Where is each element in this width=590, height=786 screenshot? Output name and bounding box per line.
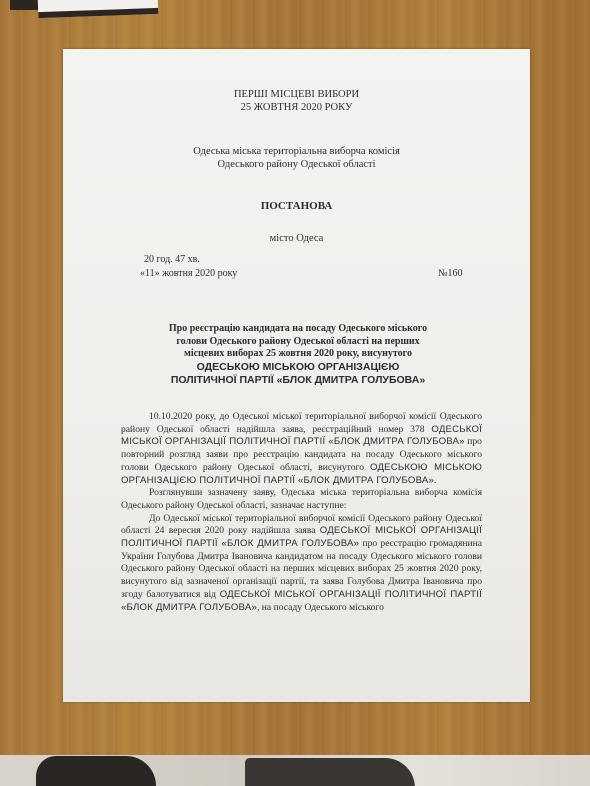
paragraph-1: 10.10.2020 року, до Одеської міської тер…: [121, 411, 482, 487]
document-title: ПОСТАНОВА: [63, 200, 530, 213]
elections-line-2: 25 ЖОВТНЯ 2020 РОКУ: [63, 101, 530, 114]
chair-left: [36, 756, 156, 786]
paragraph-text: , на посаду Одеського міського: [257, 602, 384, 613]
chair-right: [245, 758, 415, 786]
document-subject: Про реєстрацію кандидата на посаду Одесь…: [163, 323, 433, 388]
subject-text: Про реєстрацію кандидата на посаду Одесь…: [169, 323, 427, 359]
document-city: місто Одеса: [63, 232, 530, 245]
subject-party: ОДЕСЬКОЮ МІСЬКОЮ ОРГАНІЗАЦІЄЮ ПОЛІТИЧНОЇ…: [171, 361, 425, 387]
commission-header: Одеська міська територіальна виборча ком…: [63, 145, 530, 171]
elections-line-1: ПЕРШІ МІСЦЕВІ ВИБОРИ: [63, 88, 530, 101]
commission-line-1: Одеська міська територіальна виборча ком…: [63, 145, 530, 158]
document-time: 20 год. 47 хв.: [144, 254, 200, 265]
document-date: «11» жовтня 2020 року: [140, 268, 237, 279]
document-number: №160: [438, 268, 463, 279]
paragraph-text: 10.10.2020 року, до Одеської міської тер…: [121, 411, 482, 435]
paragraph-2: Розглянувши зазначену заяву, Одеська міс…: [121, 487, 482, 512]
paragraph-3: До Одеської міської територіальної вибор…: [121, 513, 482, 615]
commission-line-2: Одеського району Одеської області: [63, 158, 530, 171]
elections-header: ПЕРШІ МІСЦЕВІ ВИБОРИ 25 ЖОВТНЯ 2020 РОКУ: [63, 88, 530, 114]
document-body: 10.10.2020 року, до Одеської міської тер…: [121, 411, 482, 614]
document-page: ПЕРШІ МІСЦЕВІ ВИБОРИ 25 ЖОВТНЯ 2020 РОКУ…: [63, 49, 530, 702]
paragraph-text: .: [434, 475, 436, 486]
